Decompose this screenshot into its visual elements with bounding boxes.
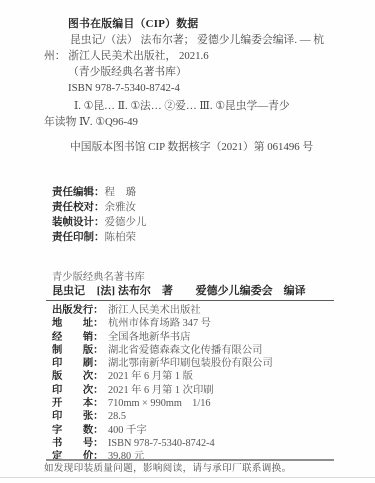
pub-row-address: 地 址：杭州市体育场路 347 号 xyxy=(52,317,334,330)
staff-label: 责任校对： xyxy=(52,202,105,213)
book-title: 昆虫记 xyxy=(52,285,85,297)
pub-value: 全国各地新华书店 xyxy=(108,331,190,344)
pub-label: 字 数： xyxy=(52,424,108,437)
publication-table: 出版发行：浙江人民美术出版社 地 址：杭州市体育场路 347 号 经 销：全国各… xyxy=(46,304,334,464)
staff-value: 爱德少儿 xyxy=(105,217,147,228)
pub-value: 湖北省爱德森森文化传播有限公司 xyxy=(108,344,262,357)
cip-series-note: （青少版经典名著书库） xyxy=(44,64,344,80)
pub-value: 2021 年 6 月第 1 次印刷 xyxy=(108,384,214,397)
cip-isbn: ISBN 978-7-5340-8742-4 xyxy=(44,80,344,96)
colophon-block: 青少版经典名著书库 昆虫记 [法] 法布尔 著 爱德少儿编委会 编译 出版发行：… xyxy=(46,271,334,464)
cip-heading: 图书在版编目（CIP）数据 xyxy=(44,16,344,32)
pub-value: 39.80 元 xyxy=(108,450,144,463)
pub-row-price: 定 价：39.80 元 xyxy=(52,450,334,463)
staff-row-proofreader: 责任校对：余雅汝 xyxy=(52,200,147,215)
pub-label: 印 张： xyxy=(52,410,108,423)
staff-value: 陈柏荣 xyxy=(105,232,137,243)
pub-value: 湖北鄂南新华印刷包装股份有限公司 xyxy=(108,357,273,370)
staff-row-editor: 责任编辑：程 璐 xyxy=(52,185,147,200)
pub-label: 印 次： xyxy=(52,384,108,397)
staff-block: 责任编辑：程 璐 责任校对：余雅汝 装帧设计：爱德少儿 责任印制：陈柏荣 xyxy=(52,185,147,245)
pub-row-publisher: 出版发行：浙江人民美术出版社 xyxy=(52,304,334,317)
pub-value: ISBN 978-7-5340-8742-4 xyxy=(108,437,215,450)
pub-label: 定 价： xyxy=(52,450,108,463)
pub-row-isbn: 书 号：ISBN 978-7-5340-8742-4 xyxy=(52,437,334,450)
pub-label: 经 销： xyxy=(52,331,108,344)
pub-label: 版 次： xyxy=(52,370,108,383)
pub-row-distribution: 经 销：全国各地新华书店 xyxy=(52,331,334,344)
pub-value: 2021 年 6 月第 1 版 xyxy=(108,370,193,383)
pub-row-impression: 印 次：2021 年 6 月第 1 次印刷 xyxy=(52,384,334,397)
pub-row-wordcount: 字 数：400 千字 xyxy=(52,424,334,437)
staff-row-designer: 装帧设计：爱德少儿 xyxy=(52,215,147,230)
cip-description-line2: 州： 浙江人民美术出版社， 2021.6 xyxy=(44,48,344,64)
cip-classification-line1: Ⅰ. ①昆… Ⅱ. ①法… ②爱… Ⅲ. ①昆虫学—青少 xyxy=(44,98,344,114)
pub-row-printer: 印 刷：湖北鄂南新华印刷包装股份有限公司 xyxy=(52,357,334,370)
staff-label: 装帧设计： xyxy=(52,217,105,228)
title-divider-rule xyxy=(46,300,334,301)
cip-registry-number: 中国版本图书馆 CIP 数据核字（2021）第 061496 号 xyxy=(44,139,344,155)
quality-notice: 如发现印装质量问题，影响阅读，请与承印厂联系调换。 xyxy=(44,464,292,475)
book-translator: 爱德少儿编委会 编译 xyxy=(196,285,306,297)
pub-label: 印 刷： xyxy=(52,357,108,370)
pub-row-format: 开 本：710mm × 990mm 1/16 xyxy=(52,397,334,410)
pub-value: 杭州市体育场路 347 号 xyxy=(108,317,211,330)
pub-label: 出版发行： xyxy=(52,304,108,317)
pub-value: 400 千字 xyxy=(108,424,147,437)
pub-row-sheets: 印 张：28.5 xyxy=(52,410,334,423)
series-title: 青少版经典名著书库 xyxy=(46,271,334,284)
pub-row-platemaking: 制 版：湖北省爱德森森文化传播有限公司 xyxy=(52,344,334,357)
staff-row-printing-supervisor: 责任印制：陈柏荣 xyxy=(52,230,147,245)
staff-label: 责任编辑： xyxy=(52,187,105,198)
pub-value: 浙江人民美术出版社 xyxy=(108,304,201,317)
pub-label: 开 本： xyxy=(52,397,108,410)
pub-value: 710mm × 990mm 1/16 xyxy=(108,397,211,410)
pub-label: 制 版： xyxy=(52,344,108,357)
pub-value: 28.5 xyxy=(108,410,126,423)
staff-value: 程 璐 xyxy=(105,187,137,198)
cip-description-line1: 昆虫记/（法） 法布尔著； 爱德少儿编委会编译. — 杭 xyxy=(44,32,344,48)
book-author: [法] 法布尔 著 xyxy=(97,285,173,297)
book-copyright-page: 图书在版编目（CIP）数据 昆虫记/（法） 法布尔著； 爱德少儿编委会编译. —… xyxy=(0,0,375,483)
pub-label: 地 址： xyxy=(52,317,108,330)
pub-row-edition: 版 次：2021 年 6 月第 1 版 xyxy=(52,370,334,383)
cip-classification-line2: 年读物 Ⅳ. ①Q96-49 xyxy=(44,114,344,130)
pub-label: 书 号： xyxy=(52,437,108,450)
cip-block: 图书在版编目（CIP）数据 昆虫记/（法） 法布尔著； 爱德少儿编委会编译. —… xyxy=(44,16,344,155)
staff-value: 余雅汝 xyxy=(105,202,137,213)
book-title-line: 昆虫记 [法] 法布尔 著 爱德少儿编委会 编译 xyxy=(46,284,334,298)
page-edge-line xyxy=(0,477,375,478)
footer-divider-rule xyxy=(46,459,334,461)
staff-label: 责任印制： xyxy=(52,232,105,243)
